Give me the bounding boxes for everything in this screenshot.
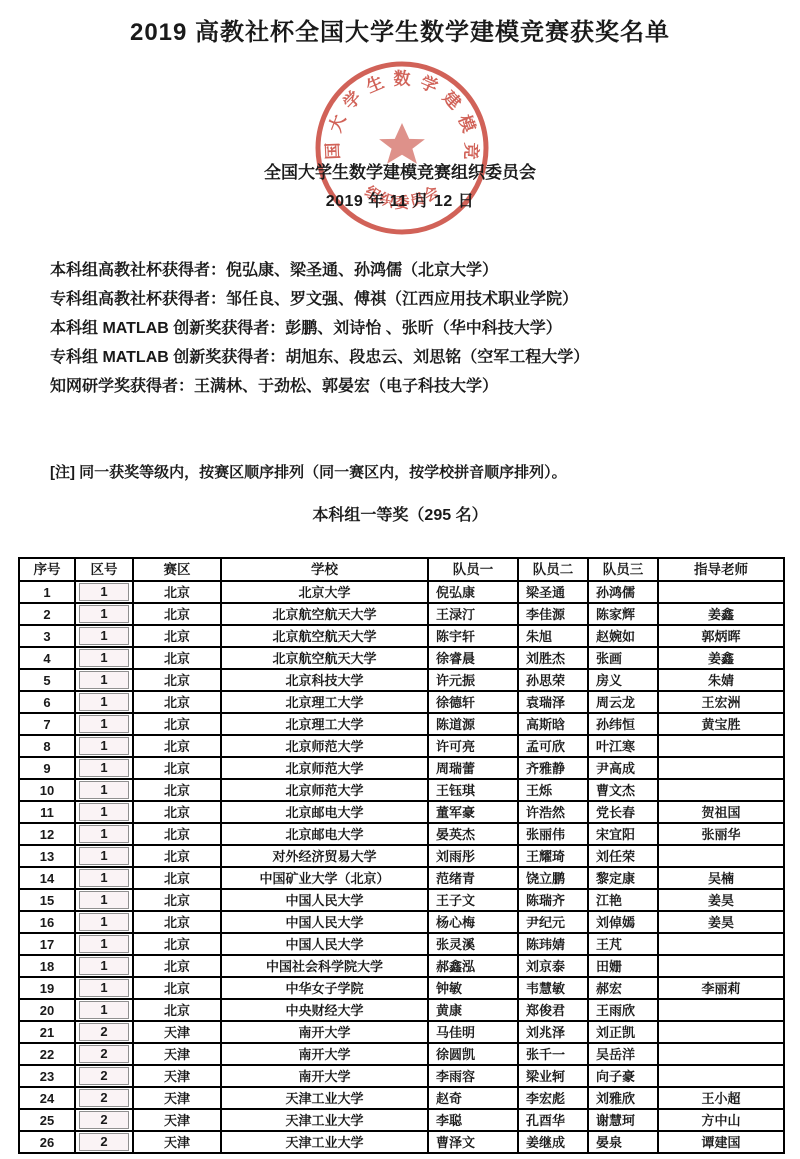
cell-member-1: 王钰琪 bbox=[428, 779, 518, 801]
cell-region: 北京 bbox=[133, 581, 221, 603]
cell-advisor: 贺祖国 bbox=[658, 801, 784, 823]
cell-region: 北京 bbox=[133, 735, 221, 757]
table-row: 222天津南开大学徐圆凯张千一吴岳洋 bbox=[19, 1043, 784, 1065]
cell-index: 7 bbox=[19, 713, 75, 735]
cell-member-3: 向子豪 bbox=[588, 1065, 658, 1087]
cell-zone-number: 1 bbox=[75, 647, 133, 669]
cell-member-2: 陈玮婧 bbox=[518, 933, 588, 955]
cell-member-2: 许浩然 bbox=[518, 801, 588, 823]
cell-school: 南开大学 bbox=[221, 1043, 428, 1065]
cell-index: 21 bbox=[19, 1021, 75, 1043]
cell-region: 北京 bbox=[133, 713, 221, 735]
zone-number-box: 1 bbox=[79, 825, 129, 843]
zone-number-box: 2 bbox=[79, 1067, 129, 1085]
column-header: 指导老师 bbox=[658, 558, 784, 581]
zone-number-box: 1 bbox=[79, 693, 129, 711]
column-header: 赛区 bbox=[133, 558, 221, 581]
cell-member-2: 张千一 bbox=[518, 1043, 588, 1065]
cell-member-1: 徐德轩 bbox=[428, 691, 518, 713]
cell-index: 19 bbox=[19, 977, 75, 999]
cell-school: 天津工业大学 bbox=[221, 1087, 428, 1109]
award-line: 知网研学奖获得者：王满林、于劲松、郭晏宏（电子科技大学） bbox=[50, 372, 770, 401]
cell-member-3: 房义 bbox=[588, 669, 658, 691]
zone-number-box: 2 bbox=[79, 1133, 129, 1151]
cell-advisor: 姜鑫 bbox=[658, 603, 784, 625]
cell-zone-number: 1 bbox=[75, 933, 133, 955]
cell-member-3: 孙纬恒 bbox=[588, 713, 658, 735]
cell-advisor bbox=[658, 1021, 784, 1043]
cell-member-3: 尹高成 bbox=[588, 757, 658, 779]
cell-zone-number: 1 bbox=[75, 867, 133, 889]
table-row: 242天津天津工业大学赵奇李宏彪刘雅欣王小超 bbox=[19, 1087, 784, 1109]
awards-table: 序号区号赛区学校队员一队员二队员三指导老师 11北京北京大学倪弘康梁圣通孙鸿儒2… bbox=[18, 557, 785, 1154]
cell-zone-number: 2 bbox=[75, 1131, 133, 1153]
cell-member-1: 张灵溪 bbox=[428, 933, 518, 955]
cell-school: 中国人民大学 bbox=[221, 911, 428, 933]
stamp-area: 全国大学生数学建模竞赛 组织委员会 全国大学生数学建模竞赛组织委员会 2019 … bbox=[0, 60, 800, 240]
cell-zone-number: 2 bbox=[75, 1109, 133, 1131]
cell-school: 中国人民大学 bbox=[221, 889, 428, 911]
cell-advisor bbox=[658, 955, 784, 977]
cell-index: 10 bbox=[19, 779, 75, 801]
cell-member-3: 叶江寒 bbox=[588, 735, 658, 757]
page-title: 2019 高教社杯全国大学生数学建模竞赛获奖名单 bbox=[0, 12, 800, 47]
zone-number-box: 1 bbox=[79, 583, 129, 601]
cell-region: 天津 bbox=[133, 1021, 221, 1043]
cell-advisor bbox=[658, 757, 784, 779]
column-header: 学校 bbox=[221, 558, 428, 581]
cell-member-2: 梁业轲 bbox=[518, 1065, 588, 1087]
cell-index: 1 bbox=[19, 581, 75, 603]
cell-advisor: 谭建国 bbox=[658, 1131, 784, 1153]
cell-school: 北京师范大学 bbox=[221, 735, 428, 757]
zone-number-box: 1 bbox=[79, 671, 129, 689]
cell-member-2: 袁瑞泽 bbox=[518, 691, 588, 713]
cell-school: 中央财经大学 bbox=[221, 999, 428, 1021]
cell-advisor: 张丽华 bbox=[658, 823, 784, 845]
cell-zone-number: 1 bbox=[75, 823, 133, 845]
cell-school: 北京师范大学 bbox=[221, 779, 428, 801]
cell-advisor bbox=[658, 581, 784, 603]
cell-advisor: 姜鑫 bbox=[658, 647, 784, 669]
table-row: 21北京北京航空航天大学王渌汀李佳源陈家辉姜鑫 bbox=[19, 603, 784, 625]
zone-number-box: 2 bbox=[79, 1023, 129, 1041]
cell-zone-number: 2 bbox=[75, 1065, 133, 1087]
cell-member-3: 孙鸿儒 bbox=[588, 581, 658, 603]
cell-zone-number: 1 bbox=[75, 999, 133, 1021]
cell-member-1: 陈宇轩 bbox=[428, 625, 518, 647]
cell-zone-number: 1 bbox=[75, 625, 133, 647]
cell-member-2: 高斯晗 bbox=[518, 713, 588, 735]
cell-advisor bbox=[658, 933, 784, 955]
cell-index: 22 bbox=[19, 1043, 75, 1065]
cell-zone-number: 1 bbox=[75, 779, 133, 801]
cell-member-2: 尹纪元 bbox=[518, 911, 588, 933]
cell-region: 天津 bbox=[133, 1087, 221, 1109]
zone-number-box: 1 bbox=[79, 715, 129, 733]
table-row: 81北京北京师范大学许可亮孟可欣叶江寒 bbox=[19, 735, 784, 757]
cell-index: 20 bbox=[19, 999, 75, 1021]
cell-region: 天津 bbox=[133, 1131, 221, 1153]
cell-region: 北京 bbox=[133, 911, 221, 933]
cell-member-3: 刘倬嫣 bbox=[588, 911, 658, 933]
cell-advisor: 朱婧 bbox=[658, 669, 784, 691]
cell-member-3: 江艳 bbox=[588, 889, 658, 911]
cell-member-2: 刘兆泽 bbox=[518, 1021, 588, 1043]
zone-number-box: 1 bbox=[79, 891, 129, 909]
table-row: 51北京北京科技大学许元振孙思荣房义朱婧 bbox=[19, 669, 784, 691]
table-row: 171北京中国人民大学张灵溪陈玮婧王芃 bbox=[19, 933, 784, 955]
zone-number-box: 1 bbox=[79, 847, 129, 865]
cell-member-1: 徐圆凯 bbox=[428, 1043, 518, 1065]
cell-member-2: 郑俊君 bbox=[518, 999, 588, 1021]
cell-region: 北京 bbox=[133, 867, 221, 889]
zone-number-box: 1 bbox=[79, 935, 129, 953]
cell-school: 北京航空航天大学 bbox=[221, 647, 428, 669]
cell-school: 中国矿业大学（北京） bbox=[221, 867, 428, 889]
cell-member-1: 刘雨彤 bbox=[428, 845, 518, 867]
table-row: 111北京北京邮电大学董军豪许浩然党长春贺祖国 bbox=[19, 801, 784, 823]
cell-member-3: 宋宜阳 bbox=[588, 823, 658, 845]
table-row: 61北京北京理工大学徐德轩袁瑞泽周云龙王宏洲 bbox=[19, 691, 784, 713]
cell-member-1: 曹泽文 bbox=[428, 1131, 518, 1153]
cell-member-2: 王烁 bbox=[518, 779, 588, 801]
zone-number-box: 1 bbox=[79, 737, 129, 755]
cell-member-3: 田姗 bbox=[588, 955, 658, 977]
zone-number-box: 1 bbox=[79, 605, 129, 623]
cell-advisor: 王宏洲 bbox=[658, 691, 784, 713]
cell-region: 北京 bbox=[133, 669, 221, 691]
cell-member-1: 杨心梅 bbox=[428, 911, 518, 933]
cell-index: 23 bbox=[19, 1065, 75, 1087]
cell-region: 北京 bbox=[133, 933, 221, 955]
cell-index: 2 bbox=[19, 603, 75, 625]
zone-number-box: 1 bbox=[79, 803, 129, 821]
cell-index: 18 bbox=[19, 955, 75, 977]
table-row: 262天津天津工业大学曹泽文姜继成晏泉谭建国 bbox=[19, 1131, 784, 1153]
cell-member-1: 王子文 bbox=[428, 889, 518, 911]
sorting-note: [注] 同一获奖等级内，按赛区顺序排列（同一赛区内，按学校拼音顺序排列）。 bbox=[50, 461, 567, 482]
table-row: 212天津南开大学马佳明刘兆泽刘正凯 bbox=[19, 1021, 784, 1043]
cell-member-1: 李聪 bbox=[428, 1109, 518, 1131]
cell-member-2: 刘京泰 bbox=[518, 955, 588, 977]
cell-member-3: 刘任荣 bbox=[588, 845, 658, 867]
cell-index: 11 bbox=[19, 801, 75, 823]
cell-school: 北京航空航天大学 bbox=[221, 625, 428, 647]
cell-member-1: 王渌汀 bbox=[428, 603, 518, 625]
cell-zone-number: 1 bbox=[75, 845, 133, 867]
table-row: 41北京北京航空航天大学徐睿晨刘胜杰张画姜鑫 bbox=[19, 647, 784, 669]
cell-region: 北京 bbox=[133, 779, 221, 801]
cell-zone-number: 1 bbox=[75, 581, 133, 603]
column-header: 区号 bbox=[75, 558, 133, 581]
cell-school: 北京理工大学 bbox=[221, 713, 428, 735]
cell-member-3: 陈家辉 bbox=[588, 603, 658, 625]
table-row: 131北京对外经济贸易大学刘雨彤王耀琦刘任荣 bbox=[19, 845, 784, 867]
cell-zone-number: 1 bbox=[75, 669, 133, 691]
cell-index: 15 bbox=[19, 889, 75, 911]
cell-member-1: 陈道源 bbox=[428, 713, 518, 735]
cell-zone-number: 1 bbox=[75, 977, 133, 999]
zone-number-box: 1 bbox=[79, 781, 129, 799]
cell-region: 北京 bbox=[133, 845, 221, 867]
cell-zone-number: 1 bbox=[75, 757, 133, 779]
cell-member-3: 王雨欣 bbox=[588, 999, 658, 1021]
cell-zone-number: 1 bbox=[75, 911, 133, 933]
table-row: 201北京中央财经大学黄康郑俊君王雨欣 bbox=[19, 999, 784, 1021]
cell-member-3: 刘雅欣 bbox=[588, 1087, 658, 1109]
cell-region: 北京 bbox=[133, 889, 221, 911]
cell-advisor: 吴楠 bbox=[658, 867, 784, 889]
column-header: 队员一 bbox=[428, 558, 518, 581]
cell-member-1: 许可亮 bbox=[428, 735, 518, 757]
cell-member-3: 赵婉如 bbox=[588, 625, 658, 647]
table-row: 11北京北京大学倪弘康梁圣通孙鸿儒 bbox=[19, 581, 784, 603]
cell-member-1: 钟敏 bbox=[428, 977, 518, 999]
cell-member-2: 刘胜杰 bbox=[518, 647, 588, 669]
zone-number-box: 1 bbox=[79, 759, 129, 777]
cell-advisor: 王小超 bbox=[658, 1087, 784, 1109]
cell-member-3: 吴岳洋 bbox=[588, 1043, 658, 1065]
cell-member-1: 周瑞蕾 bbox=[428, 757, 518, 779]
section-title: 本科组一等奖（295 名） bbox=[0, 502, 800, 525]
table-row: 121北京北京邮电大学晏英杰张丽伟宋宜阳张丽华 bbox=[19, 823, 784, 845]
cell-member-3: 周云龙 bbox=[588, 691, 658, 713]
column-header: 序号 bbox=[19, 558, 75, 581]
award-list: 本科组高教社杯获得者：倪弘康、梁圣通、孙鸿儒（北京大学）专科组高教社杯获得者：邹… bbox=[50, 256, 770, 401]
cell-region: 北京 bbox=[133, 801, 221, 823]
cell-zone-number: 1 bbox=[75, 603, 133, 625]
cell-zone-number: 1 bbox=[75, 955, 133, 977]
cell-school: 南开大学 bbox=[221, 1065, 428, 1087]
cell-region: 天津 bbox=[133, 1109, 221, 1131]
column-header: 队员二 bbox=[518, 558, 588, 581]
cell-region: 北京 bbox=[133, 757, 221, 779]
table-row: 71北京北京理工大学陈道源高斯晗孙纬恒黄宝胜 bbox=[19, 713, 784, 735]
award-line: 本科组 MATLAB 创新奖获得者：彭鹏、刘诗怡 、张昕（华中科技大学） bbox=[50, 314, 770, 343]
cell-member-2: 孙思荣 bbox=[518, 669, 588, 691]
award-line: 专科组 MATLAB 创新奖获得者：胡旭东、段忠云、刘思铭（空军工程大学） bbox=[50, 343, 770, 372]
issuer-organization: 全国大学生数学建模竞赛组织委员会 bbox=[0, 158, 800, 183]
cell-school: 中国社会科学院大学 bbox=[221, 955, 428, 977]
cell-member-3: 刘正凯 bbox=[588, 1021, 658, 1043]
cell-zone-number: 1 bbox=[75, 889, 133, 911]
cell-region: 天津 bbox=[133, 1065, 221, 1087]
cell-member-2: 李宏彪 bbox=[518, 1087, 588, 1109]
cell-index: 26 bbox=[19, 1131, 75, 1153]
cell-member-1: 李雨容 bbox=[428, 1065, 518, 1087]
issue-date: 2019 年 11 月 12 日 bbox=[0, 188, 800, 211]
cell-advisor bbox=[658, 1043, 784, 1065]
cell-advisor: 姜昊 bbox=[658, 911, 784, 933]
cell-zone-number: 1 bbox=[75, 691, 133, 713]
cell-member-2: 饶立鹏 bbox=[518, 867, 588, 889]
zone-number-box: 1 bbox=[79, 1001, 129, 1019]
cell-member-1: 徐睿晨 bbox=[428, 647, 518, 669]
cell-advisor bbox=[658, 779, 784, 801]
table-row: 191北京中华女子学院钟敏韦慧敏郝宏李丽莉 bbox=[19, 977, 784, 999]
cell-school: 北京科技大学 bbox=[221, 669, 428, 691]
cell-school: 天津工业大学 bbox=[221, 1131, 428, 1153]
cell-zone-number: 1 bbox=[75, 801, 133, 823]
cell-member-2: 陈瑞齐 bbox=[518, 889, 588, 911]
column-header: 队员三 bbox=[588, 558, 658, 581]
cell-member-2: 李佳源 bbox=[518, 603, 588, 625]
cell-member-1: 许元振 bbox=[428, 669, 518, 691]
cell-zone-number: 1 bbox=[75, 735, 133, 757]
cell-school: 北京理工大学 bbox=[221, 691, 428, 713]
cell-index: 17 bbox=[19, 933, 75, 955]
cell-member-3: 晏泉 bbox=[588, 1131, 658, 1153]
cell-advisor: 方中山 bbox=[658, 1109, 784, 1131]
cell-region: 北京 bbox=[133, 691, 221, 713]
zone-number-box: 1 bbox=[79, 627, 129, 645]
cell-advisor: 黄宝胜 bbox=[658, 713, 784, 735]
cell-school: 北京邮电大学 bbox=[221, 823, 428, 845]
zone-number-box: 2 bbox=[79, 1089, 129, 1107]
cell-region: 北京 bbox=[133, 977, 221, 999]
cell-member-1: 范绪青 bbox=[428, 867, 518, 889]
cell-advisor: 郭炳晖 bbox=[658, 625, 784, 647]
cell-member-1: 董军豪 bbox=[428, 801, 518, 823]
cell-member-1: 马佳明 bbox=[428, 1021, 518, 1043]
cell-zone-number: 2 bbox=[75, 1043, 133, 1065]
cell-advisor bbox=[658, 845, 784, 867]
cell-region: 北京 bbox=[133, 955, 221, 977]
cell-member-1: 黄康 bbox=[428, 999, 518, 1021]
cell-school: 北京大学 bbox=[221, 581, 428, 603]
cell-school: 北京师范大学 bbox=[221, 757, 428, 779]
cell-index: 4 bbox=[19, 647, 75, 669]
cell-member-3: 党长春 bbox=[588, 801, 658, 823]
cell-zone-number: 1 bbox=[75, 713, 133, 735]
cell-index: 5 bbox=[19, 669, 75, 691]
document-page: 2019 高教社杯全国大学生数学建模竞赛获奖名单 全国大学生数学建模竞赛 组织委… bbox=[0, 0, 800, 1159]
cell-member-2: 齐雅静 bbox=[518, 757, 588, 779]
cell-member-3: 王芃 bbox=[588, 933, 658, 955]
cell-member-3: 黎定康 bbox=[588, 867, 658, 889]
cell-index: 6 bbox=[19, 691, 75, 713]
table-row: 141北京中国矿业大学（北京）范绪青饶立鹏黎定康吴楠 bbox=[19, 867, 784, 889]
award-line: 本科组高教社杯获得者：倪弘康、梁圣通、孙鸿儒（北京大学） bbox=[50, 256, 770, 285]
cell-member-3: 谢慧珂 bbox=[588, 1109, 658, 1131]
table-row: 181北京中国社会科学院大学郝鑫泓刘京泰田姗 bbox=[19, 955, 784, 977]
zone-number-box: 1 bbox=[79, 957, 129, 975]
cell-index: 12 bbox=[19, 823, 75, 845]
cell-member-2: 王耀琦 bbox=[518, 845, 588, 867]
cell-member-2: 姜继成 bbox=[518, 1131, 588, 1153]
cell-member-2: 朱旭 bbox=[518, 625, 588, 647]
cell-member-1: 赵奇 bbox=[428, 1087, 518, 1109]
cell-school: 南开大学 bbox=[221, 1021, 428, 1043]
cell-school: 中国人民大学 bbox=[221, 933, 428, 955]
cell-region: 北京 bbox=[133, 999, 221, 1021]
cell-member-2: 韦慧敏 bbox=[518, 977, 588, 999]
cell-member-3: 张画 bbox=[588, 647, 658, 669]
zone-number-box: 1 bbox=[79, 649, 129, 667]
cell-index: 25 bbox=[19, 1109, 75, 1131]
table-row: 91北京北京师范大学周瑞蕾齐雅静尹高成 bbox=[19, 757, 784, 779]
cell-member-3: 曹文杰 bbox=[588, 779, 658, 801]
cell-advisor bbox=[658, 1065, 784, 1087]
cell-member-2: 梁圣通 bbox=[518, 581, 588, 603]
cell-member-2: 孔酉华 bbox=[518, 1109, 588, 1131]
table-row: 151北京中国人民大学王子文陈瑞齐江艳姜昊 bbox=[19, 889, 784, 911]
table-header-row: 序号区号赛区学校队员一队员二队员三指导老师 bbox=[19, 558, 784, 581]
cell-index: 14 bbox=[19, 867, 75, 889]
cell-zone-number: 2 bbox=[75, 1021, 133, 1043]
table-row: 101北京北京师范大学王钰琪王烁曹文杰 bbox=[19, 779, 784, 801]
cell-member-1: 晏英杰 bbox=[428, 823, 518, 845]
cell-advisor bbox=[658, 735, 784, 757]
zone-number-box: 2 bbox=[79, 1111, 129, 1129]
cell-advisor: 李丽莉 bbox=[658, 977, 784, 999]
table-row: 161北京中国人民大学杨心梅尹纪元刘倬嫣姜昊 bbox=[19, 911, 784, 933]
zone-number-box: 1 bbox=[79, 979, 129, 997]
cell-index: 8 bbox=[19, 735, 75, 757]
cell-school: 天津工业大学 bbox=[221, 1109, 428, 1131]
cell-index: 13 bbox=[19, 845, 75, 867]
cell-school: 北京邮电大学 bbox=[221, 801, 428, 823]
table-row: 232天津南开大学李雨容梁业轲向子豪 bbox=[19, 1065, 784, 1087]
zone-number-box: 2 bbox=[79, 1045, 129, 1063]
cell-advisor: 姜昊 bbox=[658, 889, 784, 911]
cell-school: 对外经济贸易大学 bbox=[221, 845, 428, 867]
cell-school: 中华女子学院 bbox=[221, 977, 428, 999]
cell-region: 北京 bbox=[133, 647, 221, 669]
zone-number-box: 1 bbox=[79, 913, 129, 931]
cell-member-3: 郝宏 bbox=[588, 977, 658, 999]
cell-member-2: 张丽伟 bbox=[518, 823, 588, 845]
cell-index: 16 bbox=[19, 911, 75, 933]
cell-region: 天津 bbox=[133, 1043, 221, 1065]
table-row: 31北京北京航空航天大学陈宇轩朱旭赵婉如郭炳晖 bbox=[19, 625, 784, 647]
cell-member-2: 孟可欣 bbox=[518, 735, 588, 757]
cell-member-1: 倪弘康 bbox=[428, 581, 518, 603]
cell-member-1: 郝鑫泓 bbox=[428, 955, 518, 977]
table-row: 252天津天津工业大学李聪孔酉华谢慧珂方中山 bbox=[19, 1109, 784, 1131]
cell-zone-number: 2 bbox=[75, 1087, 133, 1109]
cell-index: 3 bbox=[19, 625, 75, 647]
zone-number-box: 1 bbox=[79, 869, 129, 887]
cell-region: 北京 bbox=[133, 823, 221, 845]
cell-index: 24 bbox=[19, 1087, 75, 1109]
cell-advisor bbox=[658, 999, 784, 1021]
cell-index: 9 bbox=[19, 757, 75, 779]
cell-region: 北京 bbox=[133, 603, 221, 625]
award-line: 专科组高教社杯获得者：邹任良、罗文强、傅祺（江西应用技术职业学院） bbox=[50, 285, 770, 314]
cell-region: 北京 bbox=[133, 625, 221, 647]
cell-school: 北京航空航天大学 bbox=[221, 603, 428, 625]
